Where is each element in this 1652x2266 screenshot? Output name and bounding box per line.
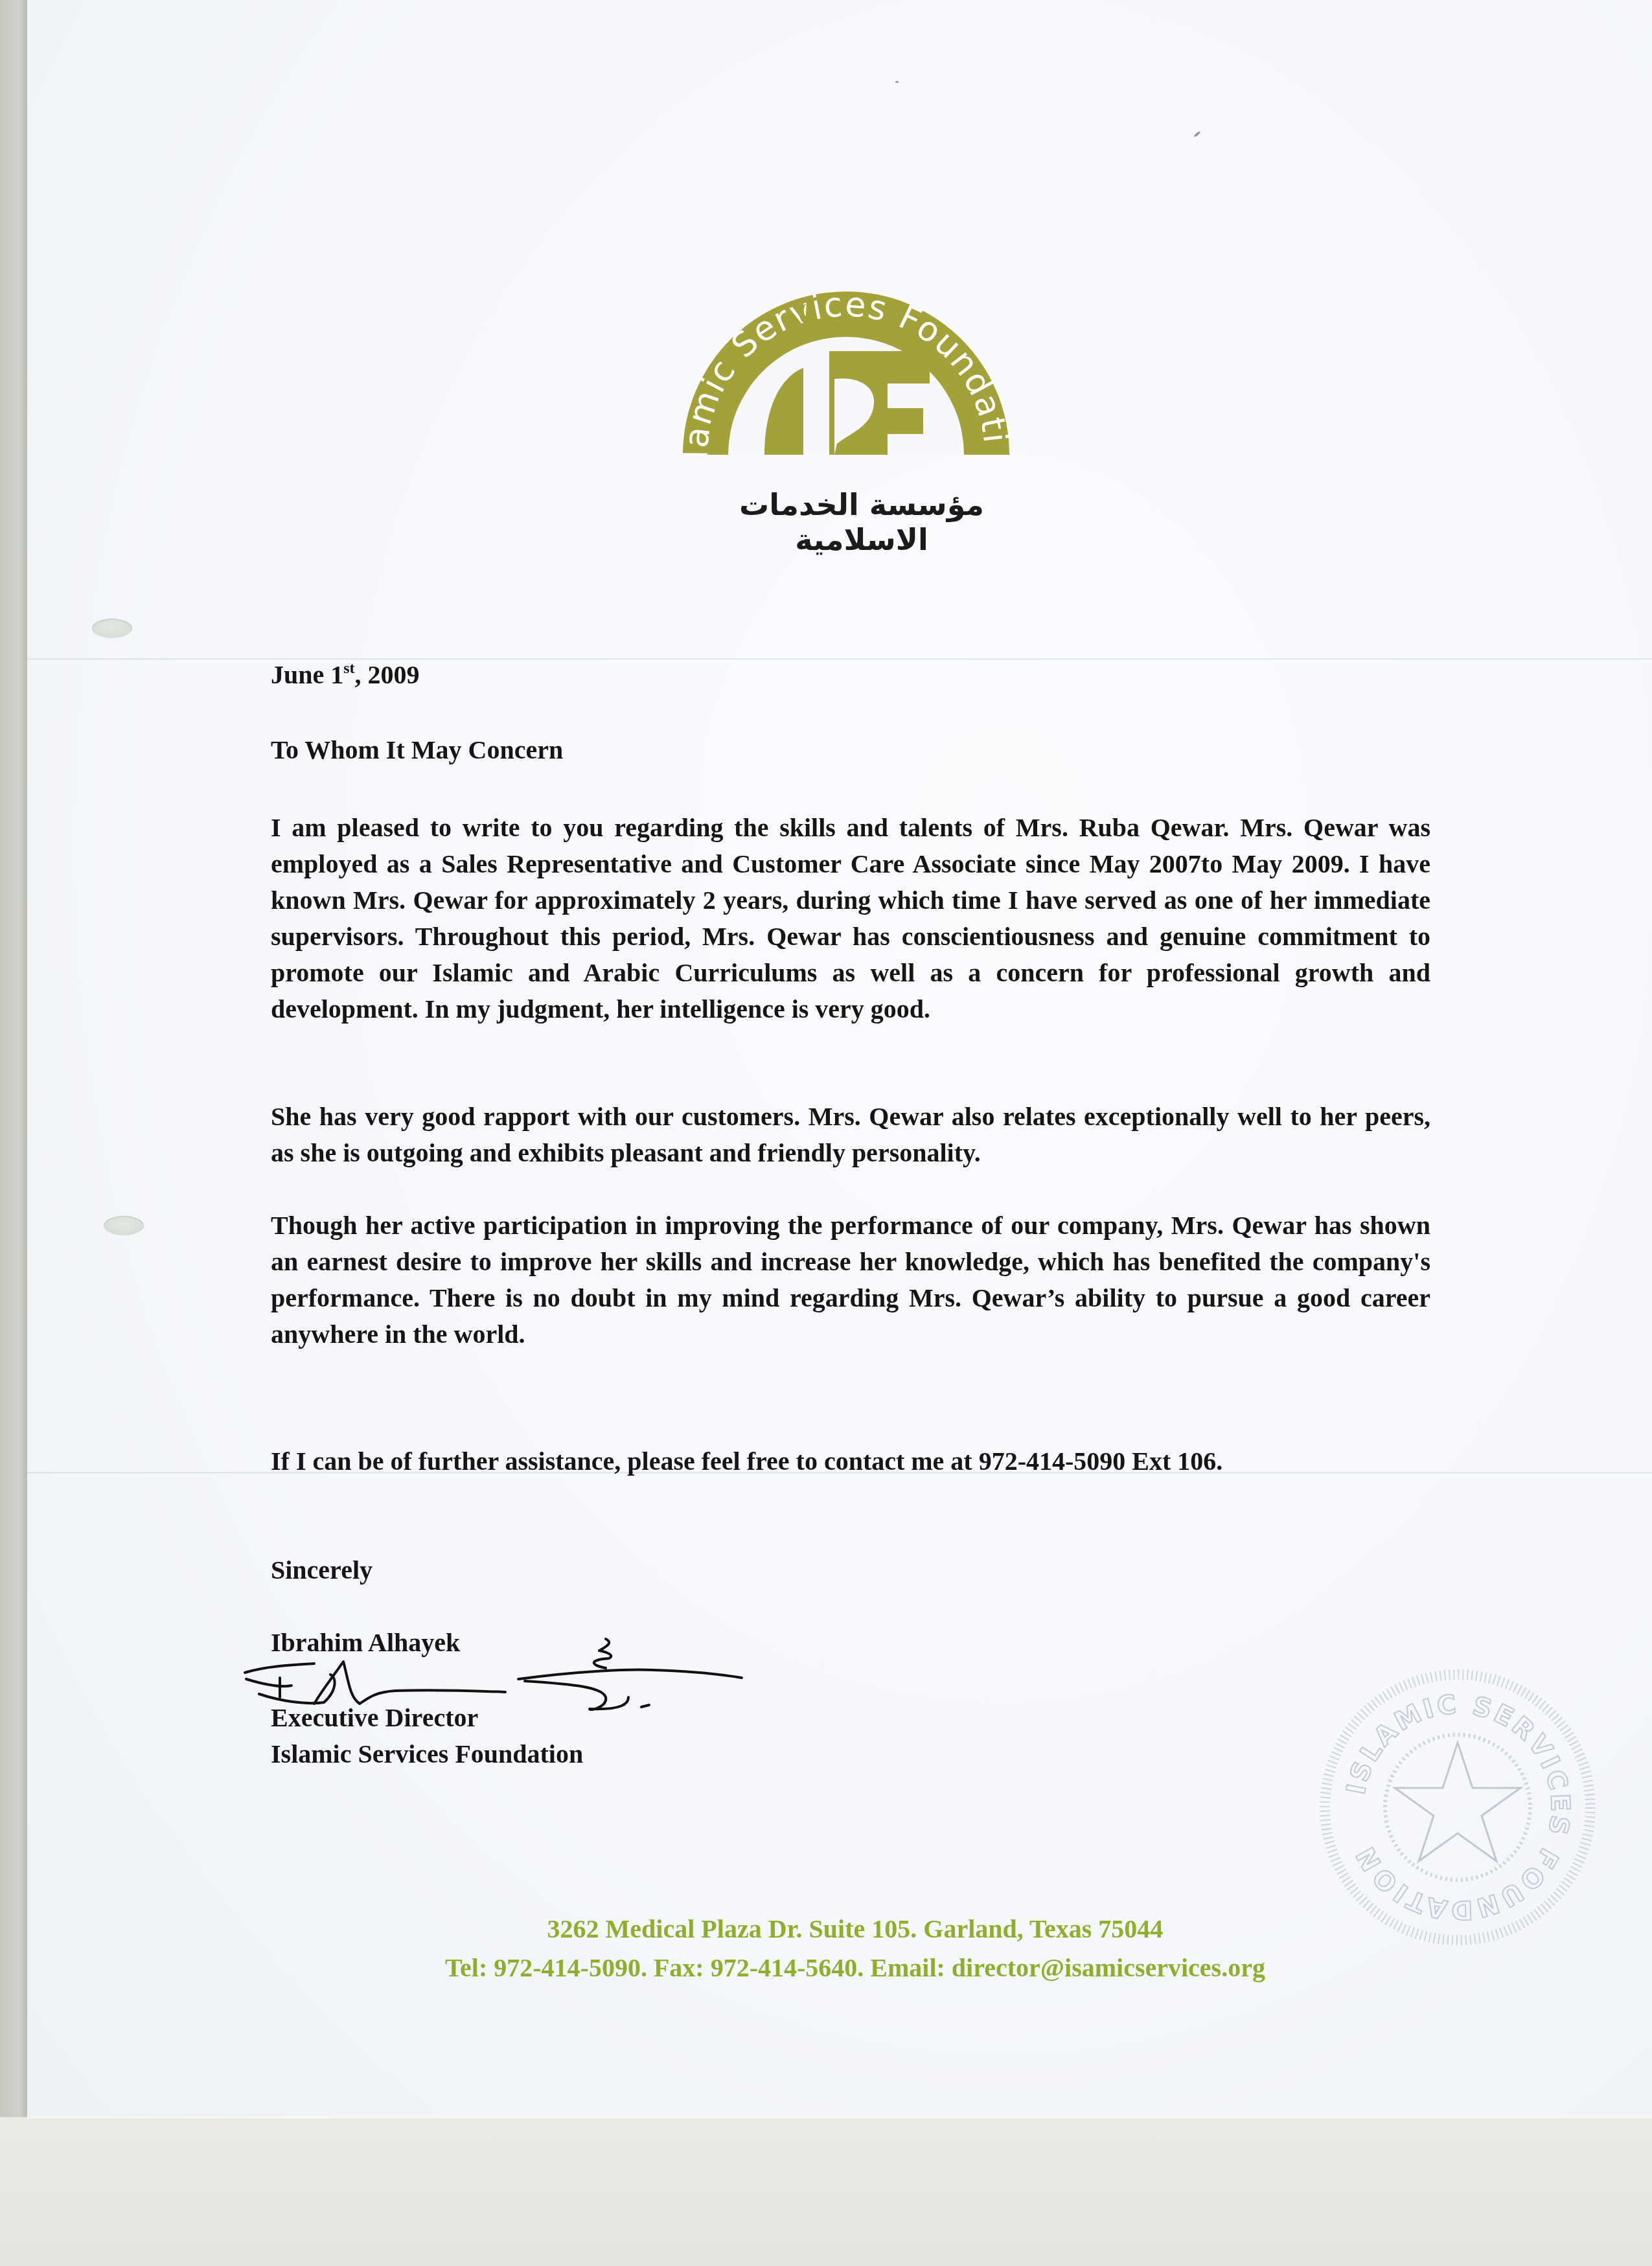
svg-text:ISLAMIC SERVICES FOUNDATION: ISLAMIC SERVICES FOUNDATION [1341, 1689, 1575, 1925]
closing: Sincerely [271, 1555, 1430, 1585]
paragraph-1: I am pleased to write to you regarding t… [271, 810, 1430, 1027]
date-year: , 2009 [355, 660, 420, 689]
date-month-day: June 1 [271, 660, 343, 689]
punch-hole [104, 1216, 144, 1235]
paragraph-4: If I can be of further assistance, pleas… [271, 1443, 1430, 1480]
salutation: To Whom It May Concern [271, 735, 1430, 765]
scanner-bed-left [0, 0, 27, 2266]
paper-speck [895, 81, 899, 83]
punch-hole [92, 619, 132, 638]
footer-address: 3262 Medical Plaza Dr. Suite 105. Garlan… [246, 1910, 1464, 1949]
isf-logo: Islamic Services Foundation [667, 214, 1030, 473]
handwritten-signature [240, 1632, 758, 1723]
date-ordinal: st [343, 660, 354, 677]
paragraph-2: She has very good rapport with our custo… [271, 1099, 1430, 1171]
embossed-seal: ISLAMIC SERVICES FOUNDATION [1315, 1665, 1600, 1950]
letterhead-footer: 3262 Medical Plaza Dr. Suite 105. Garlan… [246, 1910, 1464, 1987]
signer-organization: Islamic Services Foundation [271, 1736, 1430, 1772]
paragraph-3: Though her active participation in impro… [271, 1207, 1430, 1353]
scanner-bed-bottom [0, 2117, 1652, 2266]
paper-speck [1193, 131, 1201, 138]
letter-date: June 1st, 2009 [271, 659, 1430, 690]
arabic-organization-name: مؤسسة الخدمات الاسلامية [687, 487, 1037, 557]
footer-contact: Tel: 972-414-5090. Fax: 972-414-5640. Em… [246, 1949, 1464, 1987]
